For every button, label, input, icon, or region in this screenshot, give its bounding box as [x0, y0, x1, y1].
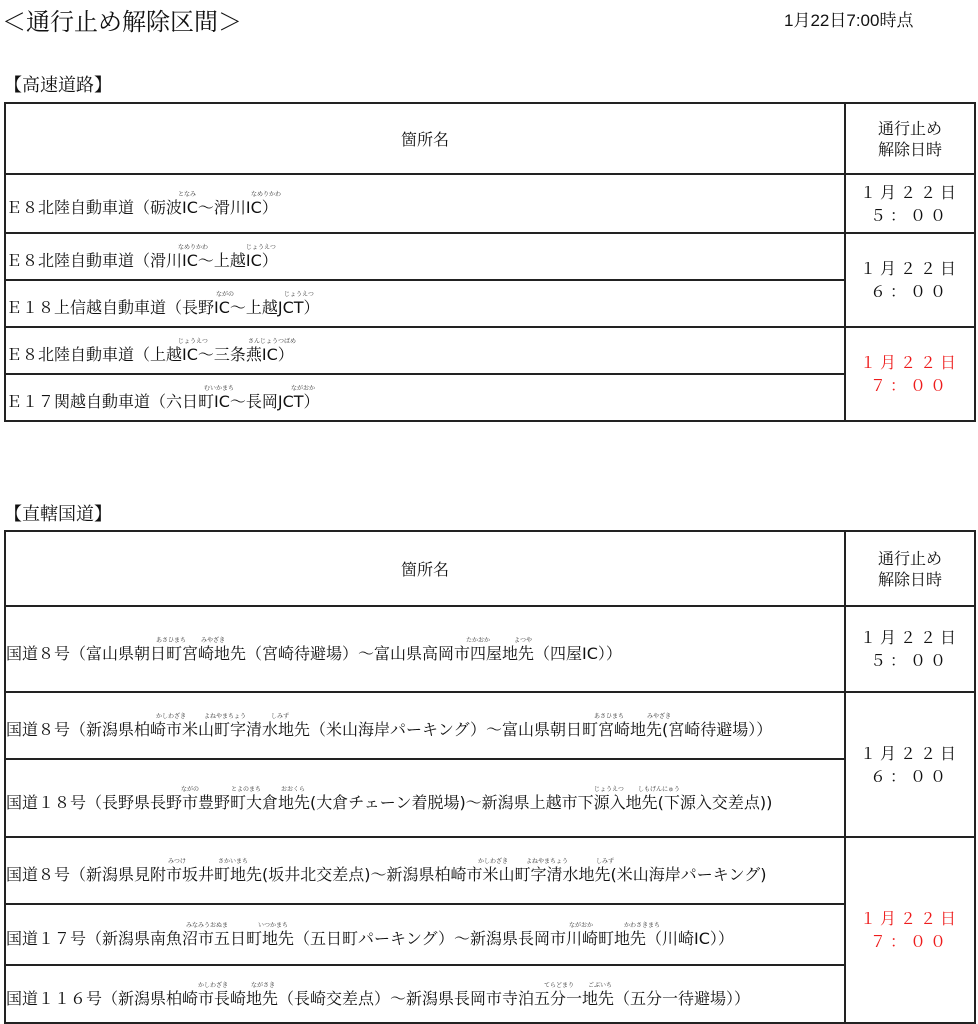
header-reopen-time: 通行止め 解除日時: [845, 531, 975, 606]
ruby-text: ながさき: [251, 980, 275, 989]
table-row: ながの じょうえつ Ｅ１８上信越自動車道（長野IC～上越JCT）: [5, 280, 975, 327]
expressway-table: 箇所名 通行止め 解除日時 となみ なめりかわ Ｅ８北陸自動車道（砺波IC～滑川…: [4, 102, 976, 422]
ruby-text: いつかまち: [258, 920, 288, 929]
time-hour: ６：００: [846, 765, 974, 788]
table-header: 箇所名 通行止め 解除日時: [5, 531, 975, 606]
ruby-annotations: となみ なめりかわ: [6, 189, 844, 198]
location-text: Ｅ８北陸自動車道（滑川IC～上越IC）: [6, 251, 844, 271]
time-date: １月２２日: [846, 907, 974, 930]
table-header: 箇所名 通行止め 解除日時: [5, 103, 975, 174]
location-text: Ｅ１７関越自動車道（六日町IC～長岡JCT）: [6, 392, 844, 412]
ruby-annotations: あさひまち みやざき たかおか よつや: [6, 635, 844, 644]
ruby-text: みやざき: [647, 711, 671, 720]
location-name: みつけ さかいまち かしわざき よねやまちょう しみず 国道８号（新潟県見附市坂…: [5, 837, 845, 904]
ruby-annotations: かしわざき よねやまちょう しみず あさひまち みやざき: [6, 711, 844, 720]
location-text: 国道８号（新潟県柏崎市米山町字清水地先（米山海岸パーキング）～富山県朝日町宮崎地…: [6, 720, 844, 740]
header-time-line1: 通行止め: [846, 548, 974, 569]
reopen-time: １月２２日 ６：００: [845, 692, 975, 837]
section-label-national-road: 【直轄国道】: [4, 500, 112, 526]
ruby-text: ながの: [216, 289, 234, 298]
location-name: あさひまち みやざき たかおか よつや 国道８号（富山県朝日町宮崎地先（宮崎待避…: [5, 606, 845, 692]
ruby-text: よねやまちょう: [204, 711, 246, 720]
ruby-text: しもげんにゅう: [638, 784, 680, 793]
location-name: むいかまち ながおか Ｅ１７関越自動車道（六日町IC～長岡JCT）: [5, 374, 845, 421]
ruby-text: となみ: [178, 189, 196, 198]
table-row: むいかまち ながおか Ｅ１７関越自動車道（六日町IC～長岡JCT）: [5, 374, 975, 421]
location-name: かしわざき ながさき てらどまり ごぶいち 国道１１６号（新潟県柏崎市長崎地先（…: [5, 965, 845, 1023]
reopen-time-highlighted: １月２２日 ７：００: [845, 837, 975, 1023]
time-hour: ５：００: [846, 204, 974, 227]
ruby-text: かしわざき: [478, 856, 508, 865]
table-row: じょうえつ さんじょうつばめ Ｅ８北陸自動車道（上越IC～三条燕IC） １月２２…: [5, 327, 975, 374]
location-text: Ｅ８北陸自動車道（上越IC～三条燕IC）: [6, 345, 844, 365]
ruby-text: じょうえつ: [594, 784, 624, 793]
time-hour: ５：００: [846, 649, 974, 672]
ruby-annotations: ながの とよのまち おおくら じょうえつ しもげんにゅう: [6, 784, 844, 793]
ruby-annotations: みつけ さかいまち かしわざき よねやまちょう しみず: [6, 856, 844, 865]
table-row: となみ なめりかわ Ｅ８北陸自動車道（砺波IC～滑川IC） １月２２日 ５：００: [5, 174, 975, 233]
time-hour: ７：００: [846, 374, 974, 397]
ruby-text: ながおか: [569, 920, 593, 929]
time-hour: ６：００: [846, 280, 974, 303]
location-text: 国道１８号（長野県長野市豊野町大倉地先(大倉チェーン着脱場)～新潟県上越市下源入…: [6, 793, 844, 813]
ruby-text: よつや: [514, 635, 532, 644]
header-location-name: 箇所名: [5, 531, 845, 606]
ruby-text: かわさきまち: [624, 920, 660, 929]
location-text: 国道１７号（新潟県南魚沼市五日町地先（五日町パーキング）～新潟県長岡市川崎町地先…: [6, 929, 844, 949]
page-title: ＜通行止め解除区間＞: [2, 2, 242, 37]
ruby-annotations: なめりかわ じょうえつ: [6, 242, 844, 251]
header-reopen-time: 通行止め 解除日時: [845, 103, 975, 174]
table-row: あさひまち みやざき たかおか よつや 国道８号（富山県朝日町宮崎地先（宮崎待避…: [5, 606, 975, 692]
ruby-text: みなみうおぬま: [186, 920, 228, 929]
location-text: 国道８号（新潟県見附市坂井町地先(坂井北交差点)～新潟県柏崎市米山町字清水地先(…: [6, 865, 844, 885]
table-row: ながの とよのまち おおくら じょうえつ しもげんにゅう 国道１８号（長野県長野…: [5, 759, 975, 837]
header-time-line2: 解除日時: [846, 139, 974, 160]
ruby-text: みつけ: [168, 856, 186, 865]
table-row: かしわざき よねやまちょう しみず あさひまち みやざき 国道８号（新潟県柏崎市…: [5, 692, 975, 759]
location-text: 国道１１６号（新潟県柏崎市長崎地先（長崎交差点）～新潟県長岡市寺泊五分一地先（五…: [6, 989, 844, 1009]
reopen-time-highlighted: １月２２日 ７：００: [845, 327, 975, 421]
table-row: かしわざき ながさき てらどまり ごぶいち 国道１１６号（新潟県柏崎市長崎地先（…: [5, 965, 975, 1023]
location-name: なめりかわ じょうえつ Ｅ８北陸自動車道（滑川IC～上越IC）: [5, 233, 845, 280]
ruby-annotations: むいかまち ながおか: [6, 383, 844, 392]
ruby-text: かしわざき: [156, 711, 186, 720]
location-name: ながの じょうえつ Ｅ１８上信越自動車道（長野IC～上越JCT）: [5, 280, 845, 327]
ruby-text: しみず: [596, 856, 614, 865]
ruby-text: てらどまり: [544, 980, 574, 989]
as-of-timestamp: 1月22日7:00時点: [784, 6, 913, 31]
location-name: みなみうおぬま いつかまち ながおか かわさきまち 国道１７号（新潟県南魚沼市五…: [5, 904, 845, 965]
ruby-text: ごぶいち: [588, 980, 612, 989]
ruby-text: さかいまち: [218, 856, 248, 865]
table-row: みつけ さかいまち かしわざき よねやまちょう しみず 国道８号（新潟県見附市坂…: [5, 837, 975, 904]
ruby-annotations: みなみうおぬま いつかまち ながおか かわさきまち: [6, 920, 844, 929]
reopen-time: １月２２日 ５：００: [845, 606, 975, 692]
time-date: １月２２日: [846, 626, 974, 649]
location-text: 国道８号（富山県朝日町宮崎地先（宮崎待避場）～富山県高岡市四屋地先（四屋IC））: [6, 644, 844, 664]
table-row: なめりかわ じょうえつ Ｅ８北陸自動車道（滑川IC～上越IC） １月２２日 ６：…: [5, 233, 975, 280]
ruby-text: みやざき: [201, 635, 225, 644]
ruby-text: むいかまち: [204, 383, 234, 392]
reopen-time: １月２２日 ５：００: [845, 174, 975, 233]
location-name: じょうえつ さんじょうつばめ Ｅ８北陸自動車道（上越IC～三条燕IC）: [5, 327, 845, 374]
location-name: かしわざき よねやまちょう しみず あさひまち みやざき 国道８号（新潟県柏崎市…: [5, 692, 845, 759]
ruby-text: あさひまち: [594, 711, 624, 720]
ruby-text: よねやまちょう: [526, 856, 568, 865]
ruby-text: とよのまち: [231, 784, 261, 793]
ruby-text: あさひまち: [156, 635, 186, 644]
ruby-text: しみず: [271, 711, 289, 720]
ruby-text: おおくら: [281, 784, 305, 793]
reopen-time: １月２２日 ６：００: [845, 233, 975, 327]
ruby-text: なめりかわ: [251, 189, 281, 198]
ruby-annotations: ながの じょうえつ: [6, 289, 844, 298]
ruby-text: じょうえつ: [178, 336, 208, 345]
section-label-expressway: 【高速道路】: [4, 71, 112, 97]
ruby-text: かしわざき: [198, 980, 228, 989]
location-name: ながの とよのまち おおくら じょうえつ しもげんにゅう 国道１８号（長野県長野…: [5, 759, 845, 837]
ruby-text: なめりかわ: [178, 242, 208, 251]
header-time-line2: 解除日時: [846, 569, 974, 590]
location-text: Ｅ１８上信越自動車道（長野IC～上越JCT）: [6, 298, 844, 318]
ruby-text: ながの: [181, 784, 199, 793]
ruby-text: さんじょうつばめ: [248, 336, 296, 345]
national-road-table: 箇所名 通行止め 解除日時 あさひまち みやざき たかおか よつや 国道８号（富…: [4, 530, 976, 1024]
ruby-text: たかおか: [466, 635, 490, 644]
location-name: となみ なめりかわ Ｅ８北陸自動車道（砺波IC～滑川IC）: [5, 174, 845, 233]
ruby-text: じょうえつ: [246, 242, 276, 251]
header-time-line1: 通行止め: [846, 118, 974, 139]
table-row: みなみうおぬま いつかまち ながおか かわさきまち 国道１７号（新潟県南魚沼市五…: [5, 904, 975, 965]
time-date: １月２２日: [846, 351, 974, 374]
time-hour: ７：００: [846, 930, 974, 953]
ruby-annotations: かしわざき ながさき てらどまり ごぶいち: [6, 980, 844, 989]
ruby-annotations: じょうえつ さんじょうつばめ: [6, 336, 844, 345]
time-date: １月２２日: [846, 742, 974, 765]
ruby-text: じょうえつ: [284, 289, 314, 298]
time-date: １月２２日: [846, 257, 974, 280]
time-date: １月２２日: [846, 181, 974, 204]
location-text: Ｅ８北陸自動車道（砺波IC～滑川IC）: [6, 198, 844, 218]
ruby-text: ながおか: [291, 383, 315, 392]
header-location-name: 箇所名: [5, 103, 845, 174]
